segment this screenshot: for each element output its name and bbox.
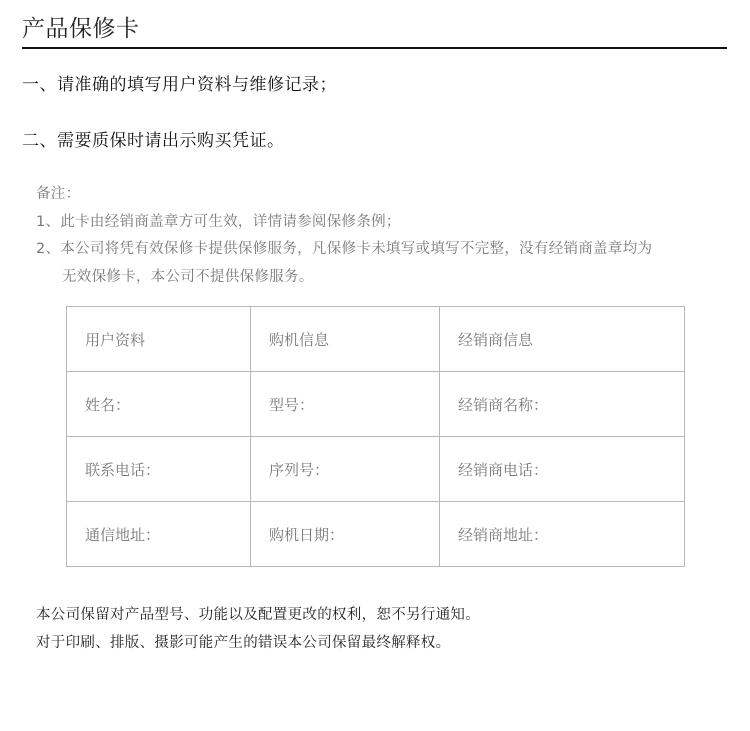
warranty-info-table: 用户资料 购机信息 经销商信息 姓名： 型号： 经销商名称： 联系电话： 序列号… (66, 306, 685, 567)
model-field: 型号： (251, 372, 440, 437)
purchase-date-field: 购机日期： (251, 502, 440, 567)
table-header-dealer-info: 经销商信息 (440, 307, 685, 372)
table-header-user-info: 用户资料 (67, 307, 251, 372)
note-line-2: 2、本公司将凭有效保修卡提供保修服务，凡保修卡未填写或填写不完整，没有经销商盖章… (36, 237, 652, 258)
name-field: 姓名： (67, 372, 251, 437)
dealer-address-field: 经销商地址： (440, 502, 685, 567)
address-field: 通信地址： (67, 502, 251, 567)
title-divider (22, 47, 727, 49)
footer-line-2: 对于印刷、排版、摄影可能产生的错误本公司保留最终解释权。 (36, 631, 450, 652)
table-row: 联系电话： 序列号： 经销商电话： (67, 437, 685, 502)
table-row: 姓名： 型号： 经销商名称： (67, 372, 685, 437)
instruction-1: 一、请准确的填写用户资料与维修记录； (22, 70, 337, 95)
serial-number-field: 序列号： (251, 437, 440, 502)
instruction-2: 二、需要质保时请出示购买凭证。 (22, 126, 285, 151)
note-line-3: 无效保修卡，本公司不提供保修服务。 (62, 265, 314, 286)
table-row: 通信地址： 购机日期： 经销商地址： (67, 502, 685, 567)
footer-line-1: 本公司保留对产品型号、功能以及配置更改的权利，恕不另行通知。 (36, 603, 480, 624)
notes-heading: 备注： (36, 182, 80, 203)
dealer-phone-field: 经销商电话： (440, 437, 685, 502)
table-header-purchase-info: 购机信息 (251, 307, 440, 372)
dealer-name-field: 经销商名称： (440, 372, 685, 437)
note-line-1: 1、此卡由经销商盖章方可生效，详情请参阅保修条例； (36, 210, 401, 231)
page-title: 产品保修卡 (22, 10, 140, 43)
phone-field: 联系电话： (67, 437, 251, 502)
table-row: 用户资料 购机信息 经销商信息 (67, 307, 685, 372)
